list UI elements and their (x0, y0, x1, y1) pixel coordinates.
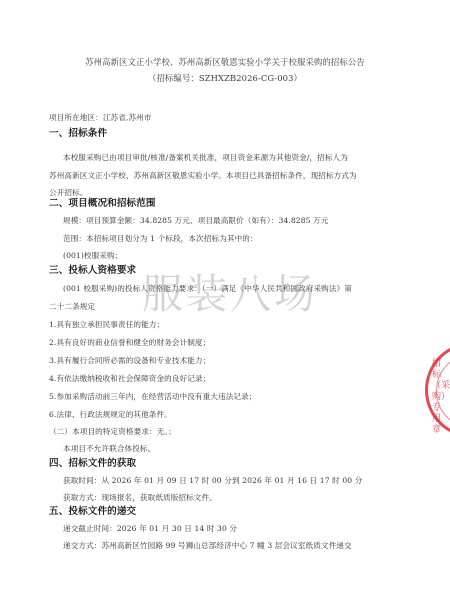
section-3-line: 6.法律、行政法规规定的其他条件。 (49, 410, 172, 420)
section-4-line: 获取时间：从 2026 年 01 月 09 日 17 时 00 分到 2026 … (63, 476, 362, 486)
project-region: 项目所在地区：江苏省,苏州市 (49, 113, 152, 123)
section-heading-4: 四、招标文件的获取 (49, 459, 136, 469)
section-3-line: 5.参加采购活动前三年内，在经营活动中没有重大违法记录； (49, 392, 256, 402)
section-1-line: 苏州高新区文正小学校、苏州高新区敬恩实验小学。本项目已具备招标条件，现招标方式为 (49, 171, 357, 181)
seal-stamp-icon: 招标（采购）专用章 (425, 342, 450, 438)
tender-number: （招标编号：SZHXZB2026-CG-003） (0, 73, 450, 83)
watermark: 服装八场 (142, 272, 318, 316)
section-3-line: 1.具有独立承担民事责任的能力； (49, 320, 164, 330)
section-3-line: （二）本项目的特定资格要求：无。； (49, 427, 176, 437)
section-3-line: 二十二条规定 (49, 302, 95, 312)
section-2-line: 规模：项目预算金额：34.8285 万元、项目最高限价（如有）：34.8285 … (63, 216, 328, 226)
section-heading-5: 五、投标文件的递交 (49, 507, 136, 517)
section-3-line: 2.具有良好的商业信誉和健全的财务会计制度； (49, 338, 210, 348)
document-page: 苏州高新区文正小学校、苏州高新区敬恩实验小学关于校服采购的招标公告 （招标编号：… (0, 0, 450, 600)
section-3-line: 4.有依法缴纳税收和社会保障资金的良好记录； (49, 374, 210, 384)
section-2-line: (001)校服采购； (63, 251, 122, 261)
section-heading-3: 三、投标人资格要求 (49, 266, 136, 276)
section-1-line: 本校服采购已由项目审批/核准/备案机关批准，项目资金来源为其他资金/，招标人为 (63, 153, 348, 163)
section-heading-1: 一、招标条件 (49, 129, 107, 139)
section-heading-2: 二、项目概况和招标范围 (49, 199, 156, 209)
section-1-line: 公开招标。 (49, 188, 87, 198)
section-3-line: 3.具有履行合同所必需的设备和专业技术能力； (49, 356, 210, 366)
section-5-line: 递交截止时间：2026 年 01 月 30 日 14 时 30 分 (63, 524, 237, 534)
seal-text: 招标（采购）专用章 (432, 359, 446, 436)
section-5-line: 递交方式：苏州高新区竹园路 99 号狮山总部经济中心 7 幢 3 层会议室纸质文… (63, 541, 352, 551)
document-title: 苏州高新区文正小学校、苏州高新区敬恩实验小学关于校服采购的招标公告 (0, 57, 450, 67)
section-2-line: 范围：本招标项目划分为 1 个标段，本次招标为其中的： (63, 234, 258, 244)
section-4-line: 获取方式：现场报名，获取纸质版招标文件。 (63, 493, 217, 503)
section-3-line: 本项目不允许联合体投标。 (63, 444, 155, 454)
